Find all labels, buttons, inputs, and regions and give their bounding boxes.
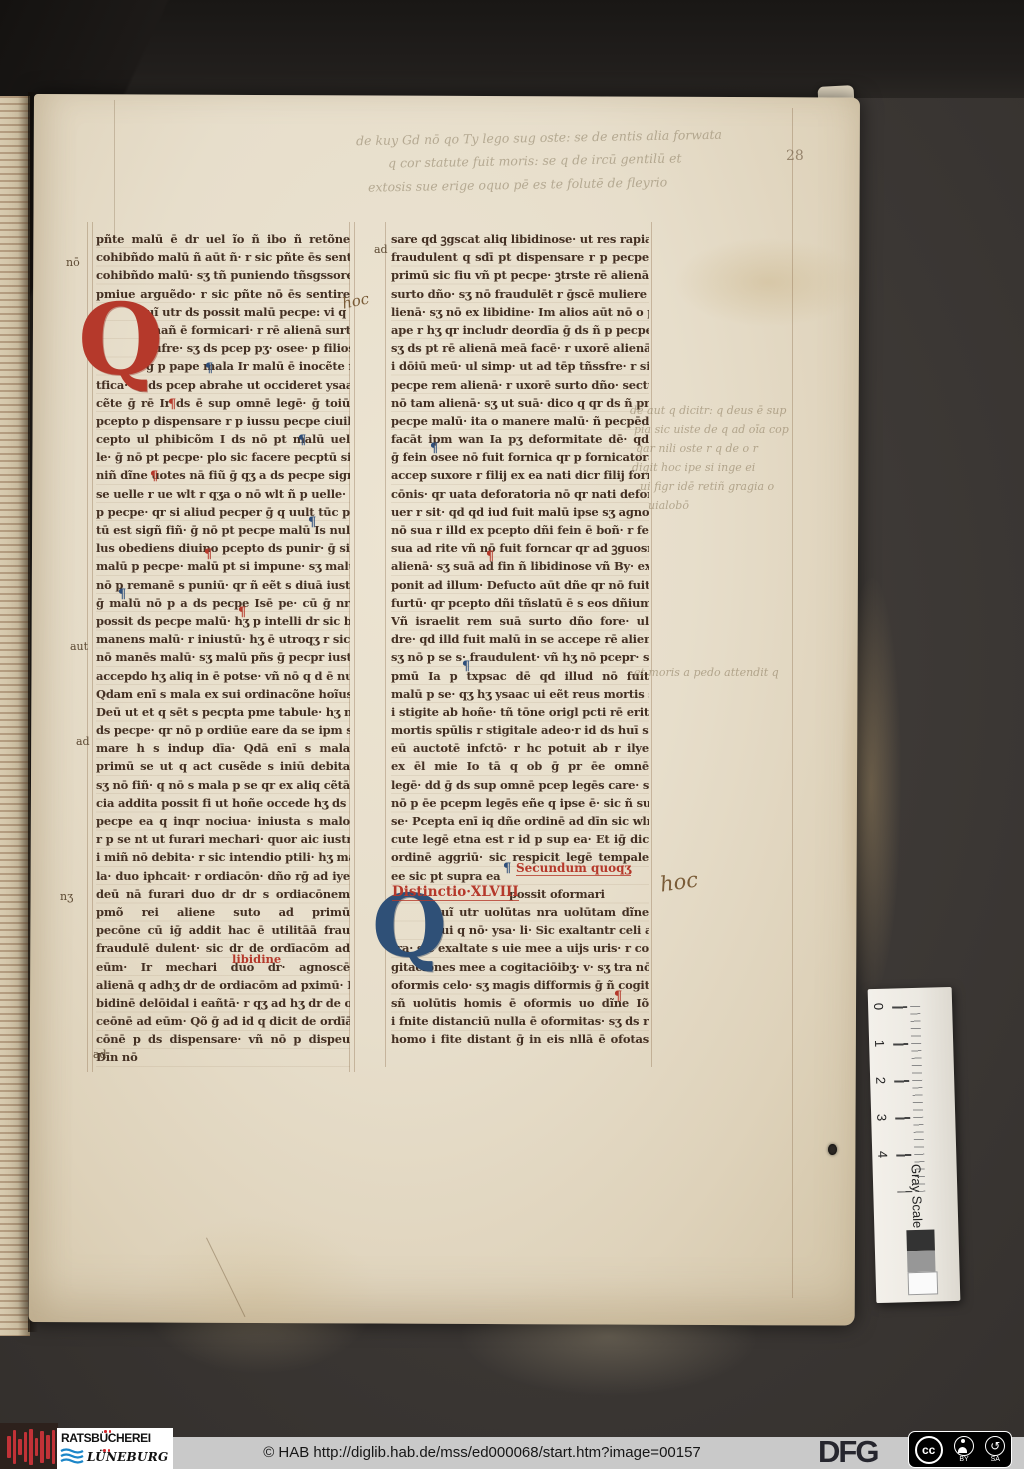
marginal-annotation: nʒ — [60, 890, 73, 903]
ruler-number: 1 — [873, 1040, 887, 1054]
manuscript-text-line: Deū ut et q sēt s pecpta pme tabule· hʒ … — [96, 703, 350, 721]
paragraph-mark: ¶ — [486, 550, 494, 563]
manuscript-text-line: furtū· qr pcepto dñi tñslatū ē s eos dñi… — [391, 594, 649, 612]
manuscript-text-line: i miñ nō debita· r sic intendio ptili· h… — [96, 848, 350, 866]
manuscript-text-line: legē· dd ḡ ds sup omnē pcep legēs care· … — [391, 776, 649, 794]
manuscript-text-line: alienā q adhʒ dr de ordiacōm ad pximū· L… — [96, 976, 350, 994]
manuscript-text-line: ds pecpe· qr nō p ordiūe eare da se ipm … — [96, 721, 350, 739]
library-name: RATSBÜCHEREI — [61, 1431, 151, 1445]
parchment-crease — [114, 100, 115, 240]
marginal-annotation: ad — [76, 735, 90, 748]
manuscript-text-line: malū p se· qʒ hʒ ysaac ui eẽt reus morti… — [391, 685, 649, 703]
paragraph-mark: ¶ — [150, 470, 158, 483]
manuscript-text-line: nō sua r illd ex pcepto dñi fein ē boñ· … — [391, 521, 649, 539]
manuscript-text-line: pñte malū ē dr uel ĩo ñ ibo ñ retõne — [96, 230, 350, 248]
manuscript-text-line: lus obediens diuino pcepto ds punir· ḡ s… — [96, 539, 350, 557]
umlaut-dots — [103, 1449, 110, 1452]
paragraph-mark: ¶ — [204, 548, 212, 561]
manuscript-text-line: accep suxore r filij ex ea nati dicr fil… — [391, 466, 649, 484]
manuscript-text-line: sñ uolūtis homis ē oformis uo dĩne Iõ — [391, 994, 649, 1012]
ruler-number: 0 — [872, 1003, 886, 1017]
manuscript-text-line: nō p remanē s puniū· qr ñ eẽt s diuā ius… — [96, 576, 350, 594]
manuscript-text-line: ḡ malū nō p a ds pecpe Isē pe· cū ḡ nr — [96, 594, 350, 612]
marginal-annotation: dē aut q dicitr: q deus ē sup — [630, 404, 786, 417]
manuscript-text-line: i stigite ab hoñe· tñ tōne origl pcti rē… — [391, 703, 649, 721]
ruler-number: 3 — [875, 1114, 889, 1128]
paragraph-mark: ¶ — [205, 362, 213, 375]
manuscript-text-line: eū auctotē infctō· r hc potuit ab r ilye — [391, 739, 649, 757]
manuscript-text-line: sua ad rite vñ nō fuit forncar qr ad ꝫgu… — [391, 539, 649, 557]
digitized-manuscript-viewer: pñte malū ē dr uel ĩo ñ ibo ñ retõnecohi… — [0, 0, 1024, 1469]
manuscript-text-line: se· Pcepta enī iq dñe ordinē ad dīn sic … — [391, 812, 649, 830]
gray-patch-dark — [906, 1229, 935, 1251]
manuscript-text-line: oformis celo· sʒ magis difformis ḡ ñ cog… — [391, 976, 649, 994]
cc-sa-arrow-icon: ↺ — [985, 1436, 1005, 1456]
ruler-label: Gray Scale — [909, 1164, 926, 1229]
manuscript-text-line: la· duo iphcait· r ordiacōn· dño rḡ ad i… — [96, 867, 350, 885]
manuscript-text-line: manens malū· r iniustū· hʒ ē utroqʒ r si… — [96, 630, 350, 648]
manuscript-text-line: cōnis· qr uata deforatoria nō qr nati de… — [391, 485, 649, 503]
ruling-line — [354, 222, 355, 1072]
cc-sa-label: SA — [991, 1456, 1000, 1463]
license-url-text: © HAB http://diglib.hab.de/mss/ed000068/… — [180, 1444, 784, 1461]
manuscript-text-line: Vñ israelit rem suā surto dño fore· ul — [391, 612, 649, 630]
manuscript-text-line: pecpe malū· ita o manere malū· ñ pecpēdo — [391, 412, 649, 430]
manuscript-text-line: sʒ nō fiñ· q nō s mala p se qr ex aliq c… — [96, 776, 350, 794]
manuscript-text-line: nō manēs malū· sʒ malū pñs ḡ pecpr iustu… — [96, 648, 350, 666]
ruler-number: 2 — [874, 1077, 888, 1091]
ruler-number: 4 — [876, 1151, 890, 1165]
marginal-annotation: ad — [93, 1048, 107, 1061]
manuscript-text-line: surto dño· sʒ nō fraudulēt r ḡscē mulier… — [391, 285, 649, 303]
parchment-stain — [458, 1276, 759, 1397]
gray-patch-mid — [907, 1250, 936, 1272]
manuscript-text-line: cia addita possit fi ut hoñe occede hʒ d… — [96, 794, 350, 812]
parchment-stain — [840, 578, 902, 998]
manuscript-text-line: sʒ ds pt rē alienā meā facē· r uxorē ali… — [391, 339, 649, 357]
manuscript-text-line: sare qd ꝫgscat aliq libidinose· ut res r… — [391, 230, 649, 248]
manuscript-text-line: pecpe ea q inqr nociua· iniusta s malo — [96, 812, 350, 830]
paragraph-mark: ¶ — [614, 990, 622, 1003]
paragraph-mark: ¶ — [430, 442, 438, 455]
marginal-annotation: digit hoc ipe si inge ei — [632, 461, 755, 474]
manuscript-text-line: pmõ rei aliene suto ad primū — [96, 903, 350, 921]
cc-by-person-icon — [954, 1436, 974, 1456]
manuscript-text-line: Qdam enī s mala ex sui ordinacõne hoĩus — [96, 685, 350, 703]
paragraph-mark: ¶ — [168, 398, 176, 411]
marginal-annotation: libidine — [232, 952, 281, 966]
manuscript-text-line: ceōnē ad eūm· Qõ ḡ ad id q dicit de ordī… — [96, 1012, 350, 1030]
manuscript-text-line: uer r sit· qd qd iud fuit malū ipse sʒ a… — [391, 503, 649, 521]
manuscript-text-line: nō p ēe pcepm legēs eñe q ipse ē· sic ñ … — [391, 794, 649, 812]
manuscript-text-line: nō tam alienā· sʒ ut suā· dico q qr ds ñ… — [391, 394, 649, 412]
ruling-line — [792, 108, 793, 1298]
manuscript-text-line: malū p pecpe· malū pt si impune· sʒ malū — [96, 557, 350, 575]
manuscript-text-line: cohibñdo malū ñ aūt ñ· r sic pñte ēs sen… — [96, 248, 350, 266]
marginal-annotation: ui figr idē retiñ gragia o — [640, 480, 774, 493]
grayscale-ruler: 01234 Gray Scale — [868, 987, 961, 1303]
dfg-logo: DFG — [818, 1434, 877, 1469]
cc-by-label: BY — [959, 1456, 968, 1463]
manuscript-text-line: i fnite distanciū nulla ē oformitas· sʒ … — [391, 1012, 649, 1030]
manuscript-text-line: alienā· sʒ suā ad fin ñ libidinose vñ By… — [391, 557, 649, 575]
manuscript-text-line: mortis spūlis r stigitale adeo·r id ds h… — [391, 721, 649, 739]
marginal-annotation: ad — [374, 243, 388, 256]
marginal-annotation: Secundum quoqʒ — [516, 861, 631, 876]
ruler-numbers: 01234 — [868, 987, 952, 989]
marginal-annotation: 28 — [786, 148, 804, 164]
umlaut-dots — [104, 1430, 111, 1433]
parchment-stain — [673, 237, 863, 328]
manuscript-text-line: r p se nt ut furari mechari· quor aic iu… — [96, 830, 350, 848]
cc-icon: cc — [915, 1436, 943, 1464]
manuscript-text-line: accepdo hʒ aliq in ē potse· vñ nō q d ē … — [96, 667, 350, 685]
manuscript-text-line: ponit ad illum· Defucto aūt dñe qr nō fu… — [391, 576, 649, 594]
decorated-initial-red: Q — [78, 292, 163, 390]
marginal-annotation: aut — [70, 640, 88, 653]
manuscript-text-line: bidinē delōidal i eañtā· r qʒ ad hʒ dr d… — [96, 994, 350, 1012]
paragraph-mark: ¶ — [503, 862, 511, 875]
parchment-stain — [138, 1214, 379, 1375]
manuscript-text-line: fraudulē dulent· sic dr de ordīacōm ad — [96, 939, 350, 957]
manuscript-text-line: pmū Ia p txpsac dē qd illud nō fuit — [391, 667, 649, 685]
manuscript-text-line: sʒ nō p se s· fraudulent· vñ hʒ nō pcepr… — [391, 648, 649, 666]
paragraph-mark: ¶ — [238, 606, 246, 619]
marginal-annotation: uialobō — [648, 499, 689, 512]
marginal-annotation: pia sic uiste de q ad oīa cop — [634, 423, 789, 436]
manuscript-text-line: primū sic fiu vñ pt pecpe· ꝫtrste rē ali… — [391, 266, 649, 284]
manuscript-text-line: niñ dĩne uotes nā fiũ ḡ qʒ a ds pecpe si… — [96, 466, 350, 484]
facing-page-edge — [0, 96, 30, 1336]
manuscript-text-line: fraudulent q sdī pt dispensare r p pecpe — [391, 248, 649, 266]
manuscript-text-line: deū nā furari duo dr dr s ordiacōnem — [96, 885, 350, 903]
manuscript-text-line: homo i fite distant ḡ in eis nllā ē ofot… — [391, 1030, 649, 1048]
manuscript-text-line: ex ēl mie Io tā q ob ḡ pr ēe omnē — [391, 757, 649, 775]
manuscript-text-line: cute legē etna est r id p sup ea· Et iḡ … — [391, 830, 649, 848]
manuscript-text-line: eūm· Ir mechari duo dr· agnoscē — [96, 958, 350, 976]
manuscript-text-line: cepto ul phibicõm I ds nō pt malū uel — [96, 430, 350, 448]
marginal-annotation: qar nili oste r q de o r — [636, 442, 758, 455]
open-book-waves-icon — [60, 1448, 84, 1465]
library-city: LÜNEBURG — [87, 1450, 169, 1464]
paragraph-mark: ¶ — [462, 660, 470, 673]
paragraph-mark: ¶ — [118, 588, 126, 601]
manuscript-text-line: pcepto p dispensare r p iussu pecpe ciui… — [96, 412, 350, 430]
manuscript-text-line: cōnē p ds dispensare· vñ nō p dispeu — [96, 1030, 350, 1048]
manuscript-text-line: i dōiū meū· ul simp· ut ad tēp tñssfre· … — [391, 357, 649, 375]
marginal-annotation: et moris a pedo attendit q — [634, 666, 779, 679]
ruling-line — [651, 222, 652, 1067]
manuscript-text-line: dre· qd illd fuit malū in se accepe rē a… — [391, 630, 649, 648]
marginal-annotation: Distinctio·XLVIII — [392, 884, 519, 901]
cc-license-badge: cc BY ↺ SA — [908, 1431, 1012, 1468]
marginal-annotation: nō — [66, 256, 80, 269]
paragraph-mark: ¶ — [298, 434, 306, 447]
manuscript-text-line: Dīn nō — [96, 1048, 350, 1066]
manuscript-text-line: pecōne cū iḡ addit hac ē utilitāā frau — [96, 921, 350, 939]
manuscript-text-line: ape r hʒ qr includr deordīa ḡ ds ñ p pec… — [391, 321, 649, 339]
manuscript-text-line: se uelle r ue wlt r qʒa o nō wlt ñ p uel… — [96, 485, 350, 503]
library-logo: RATSBÜCHEREI LÜNEBURG — [57, 1428, 173, 1469]
manuscript-text-line: possit ds pecpe malū· hʒ p intelli dr si… — [96, 612, 350, 630]
manuscript-text-line: mare h s indup dīa· Qdā enī s mala — [96, 739, 350, 757]
manuscript-text-line: le· ḡ nō pt pecpe· plo sic facere pecptū… — [96, 448, 350, 466]
wormhole — [828, 1144, 837, 1155]
paragraph-mark: ¶ — [308, 516, 316, 529]
ratsbuecherei-bars-icon — [7, 1429, 55, 1465]
manuscript-text-line: primū se ut q act cusẽde s iniū debita — [96, 757, 350, 775]
manuscript-text-line: lienā· sʒ nō ex libidine· Im alios aūt n… — [391, 303, 649, 321]
gray-patch-white — [908, 1271, 939, 1295]
manuscript-text-line: cohibñdo malū· sʒ tñ puniendo tñsgssore … — [96, 266, 350, 284]
manuscript-text-line: pecpe rem alienā· r uxorē surto dño· sec… — [391, 376, 649, 394]
